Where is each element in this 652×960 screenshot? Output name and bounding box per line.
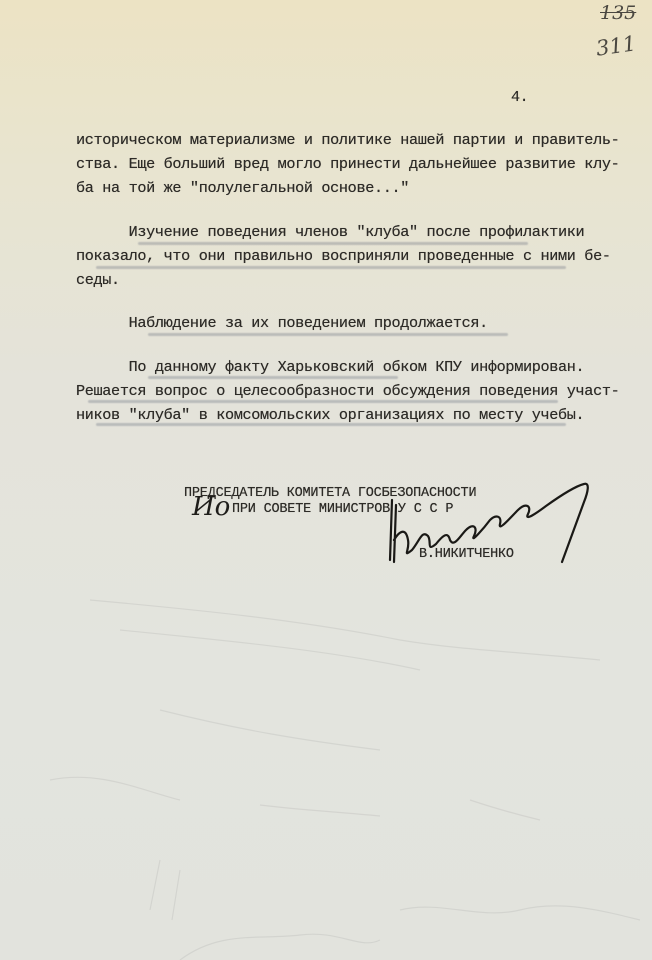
text-line: Изучение поведения членов "клуба" после … [76, 220, 584, 244]
page-number: 4. [511, 86, 528, 110]
signature-icon [370, 470, 610, 570]
text-line: показало, что они правильно восприняли п… [76, 244, 611, 268]
folio-number: 311 [595, 31, 638, 60]
pencil-underline [96, 266, 566, 269]
pencil-underline [96, 423, 566, 426]
text-line: ба на той же "полулегальной основе..." [76, 176, 409, 200]
handwritten-prefix: Ио [192, 492, 230, 522]
text-line: ства. Еще больший вред могло принести да… [76, 152, 619, 176]
text-line: историческом материализме и политике наш… [76, 128, 619, 152]
pencil-underline [148, 333, 508, 336]
document-page: 135 311 4. историческом материализме и п… [0, 0, 652, 960]
text-line: седы. [76, 268, 120, 292]
struck-archive-number: 135 [600, 2, 636, 24]
text-line: Наблюдение за их поведением продолжается… [76, 311, 488, 335]
bleed-through-marks [0, 580, 652, 960]
